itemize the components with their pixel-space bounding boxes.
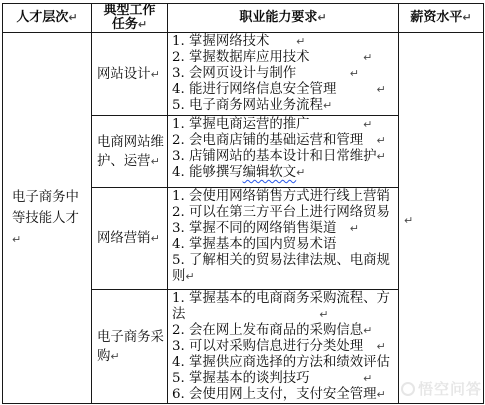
talent-level-text: 电子商务中 等技能人才 (12, 190, 79, 226)
requirement-text: 2. 会电商店铺的基础运营和管理 (172, 133, 363, 148)
requirement-item: 3. 可以对采购信息进行分类处理 ↵ (172, 339, 396, 355)
requirement-item: 6. 会使用网上支付，支付安全管理↵ (172, 387, 396, 403)
trailing-space (296, 66, 350, 81)
paragraph-mark: ↵ (377, 388, 386, 401)
paragraph-mark: ↵ (363, 51, 372, 64)
requirement-text: 5. 电子商务网站业务流程 (172, 98, 323, 113)
requirement-item: 1. 掌握电商运营的推广 ↵ (172, 117, 396, 133)
paragraph-mark: ↵ (185, 270, 194, 283)
paragraph-mark: ↵ (363, 324, 372, 337)
paragraph-mark: ↵ (363, 372, 372, 385)
paragraph-mark: ↵ (296, 166, 305, 179)
paragraph-mark: ↵ (296, 35, 305, 48)
paragraph-mark: ↵ (151, 68, 160, 81)
trailing-space (363, 339, 376, 354)
requirement-item: 4. 能进行网络信息安全管理 ↵ (172, 82, 396, 98)
paragraph-mark: ↵ (12, 233, 21, 246)
requirement-item: 2. 掌握数据库应用技术 ↵ (172, 50, 396, 66)
trailing-space (310, 371, 364, 386)
paragraph-mark: ↵ (350, 67, 359, 80)
requirement-item: 4. 掌握基本的国内贸易术语 (172, 237, 396, 253)
paragraph-mark: ↵ (377, 83, 386, 96)
task-label: 网站设计 (97, 67, 151, 82)
requirement-text: 3. 店铺网站的基本设计和日常维护 (172, 149, 377, 164)
requirement-item: 2. 可以在第三方平台上进行网络贸易 (172, 205, 396, 221)
paragraph-mark: ↵ (319, 308, 328, 321)
header-salary: 薪资水平↵ (399, 4, 484, 33)
requirement-text: 4. 掌握供应商选择的方法和绩效评估 (172, 355, 390, 370)
requirements-cell: 1. 会使用网络销售方式进行线上营销2. 可以在第三方平台上进行网络贸易3. 掌… (168, 188, 399, 290)
paragraph-mark: ↵ (377, 150, 386, 163)
paragraph-mark: ↵ (404, 214, 413, 227)
requirement-item: 1. 掌握基本的电商商务采购流程、方 法 ↵ (172, 291, 396, 323)
paragraph-mark: ↵ (68, 11, 77, 24)
requirement-item: 5. 电子商务网站业务流程↵ (172, 98, 396, 114)
header-row: 人才层次↵ 典型工作 任务↵ 职业能力要求↵ 薪资水平↵ (3, 4, 484, 33)
header-salary-label: 薪资水平 (410, 10, 462, 25)
trailing-space (185, 307, 319, 322)
requirement-text: 4. 掌握基本的国内贸易术语 (172, 237, 336, 252)
requirement-item: 1. 掌握网络技术 ↵ (172, 34, 396, 50)
requirement-text: 1. 掌握网络技术 (172, 34, 269, 49)
header-talent-level: 人才层次↵ (3, 4, 92, 33)
requirement-text: 4. 能够撰写 (172, 165, 243, 180)
paragraph-mark: ↵ (323, 99, 332, 112)
requirement-text: 1. 会使用网络销售方式进行线上营销 (172, 189, 390, 204)
watermark-logo-icon (401, 382, 415, 396)
task-label: 网络营销 (97, 231, 151, 246)
requirements-cell: 1. 掌握电商运营的推广 ↵2. 会电商店铺的基础运营和管理 ↵3. 店铺网站的… (168, 116, 399, 188)
requirement-text: 4. 能进行网络信息安全管理 (172, 82, 336, 97)
salary-cell: ↵ (399, 33, 484, 404)
header-requirements: 职业能力要求↵ (168, 4, 399, 33)
document-page: 人才层次↵ 典型工作 任务↵ 职业能力要求↵ 薪资水平↵ 电子商务中 等技能人才… (0, 0, 485, 405)
requirement-text: 3. 会网页设计与制作 (172, 66, 296, 81)
skills-table: 人才层次↵ 典型工作 任务↵ 职业能力要求↵ 薪资水平↵ 电子商务中 等技能人才… (2, 3, 484, 404)
paragraph-mark: ↵ (350, 222, 359, 235)
watermark: 悟空问答 (401, 378, 482, 399)
task-cell: 网站设计↵ (92, 33, 168, 116)
paragraph-mark: ↵ (377, 340, 386, 353)
task-cell: 电商网站维 护、运营↵ (92, 116, 168, 188)
paragraph-mark: ↵ (151, 232, 160, 245)
requirement-text: 2. 可以在第三方平台上进行网络贸易 (172, 205, 390, 220)
header-typical-task-label: 典型工作 任务 (103, 4, 155, 33)
header-typical-task: 典型工作 任务↵ (92, 4, 168, 33)
trailing-space (310, 50, 364, 65)
requirement-text: 6. 会使用网上支付，支付安全管理 (172, 387, 377, 402)
requirement-item: 1. 会使用网络销售方式进行线上营销 (172, 189, 396, 205)
requirement-item: 5. 掌握基本的谈判技巧 ↵ (172, 371, 396, 387)
trailing-space (336, 221, 349, 236)
paragraph-mark: ↵ (462, 11, 471, 24)
watermark-text: 悟空问答 (418, 378, 482, 399)
trailing-space (310, 117, 364, 132)
paragraph-mark: ↵ (377, 134, 386, 147)
requirement-item: 2. 会电商店铺的基础运营和管理 ↵ (172, 133, 396, 149)
requirement-item: 4. 掌握供应商选择的方法和绩效评估 (172, 355, 396, 371)
requirements-cell: 1. 掌握基本的电商商务采购流程、方 法 ↵2. 会在网上发布商品的采购信息↵3… (168, 290, 399, 404)
task-cell: 网络营销↵ (92, 188, 168, 290)
paragraph-mark: ↵ (363, 118, 372, 131)
paragraph-mark: ↵ (138, 18, 147, 31)
task-label: 电子商务采 购 (97, 330, 164, 364)
requirement-text: 2. 会在网上发布商品的采购信息 (172, 323, 363, 338)
requirement-item: 3. 会网页设计与制作 ↵ (172, 66, 396, 82)
requirement-item: 4. 能够撰写编辑软文↵ (172, 165, 396, 181)
paragraph-mark: ↵ (317, 11, 326, 24)
header-requirements-label: 职业能力要求 (239, 10, 317, 25)
paragraph-mark: ↵ (110, 350, 119, 363)
requirements-cell: 1. 掌握网络技术 ↵2. 掌握数据库应用技术 ↵3. 会网页设计与制作 ↵4.… (168, 33, 399, 116)
requirement-item: 2. 会在网上发布商品的采购信息↵ (172, 323, 396, 339)
talent-level-cell: 电子商务中 等技能人才↵ (3, 33, 92, 404)
table-row: 电子商务中 等技能人才↵ 网站设计↵ 1. 掌握网络技术 ↵2. 掌握数据库应用… (3, 33, 484, 116)
spellcheck-wavy-text: 编辑软文 (243, 165, 297, 180)
requirement-item: 5. 了解相关的贸易法律法规、电商规 则↵ (172, 253, 396, 285)
trailing-space (363, 133, 376, 148)
requirement-text: 5. 了解相关的贸易法律法规、电商规 则 (172, 253, 390, 284)
requirement-text: 3. 掌握不同的网络销售渠道 (172, 221, 336, 236)
header-talent-level-label: 人才层次 (16, 10, 68, 25)
paragraph-mark: ↵ (151, 155, 160, 168)
requirement-text: 2. 掌握数据库应用技术 (172, 50, 310, 65)
requirement-text: 3. 可以对采购信息进行分类处理 (172, 339, 363, 354)
requirement-text: 5. 掌握基本的谈判技巧 (172, 371, 310, 386)
task-cell: 电子商务采 购↵ (92, 290, 168, 404)
trailing-space (269, 34, 296, 49)
requirement-item: 3. 掌握不同的网络销售渠道 ↵ (172, 221, 396, 237)
requirement-text: 1. 掌握电商运营的推广 (172, 117, 310, 132)
trailing-space (336, 82, 376, 97)
requirement-item: 3. 店铺网站的基本设计和日常维护↵ (172, 149, 396, 165)
